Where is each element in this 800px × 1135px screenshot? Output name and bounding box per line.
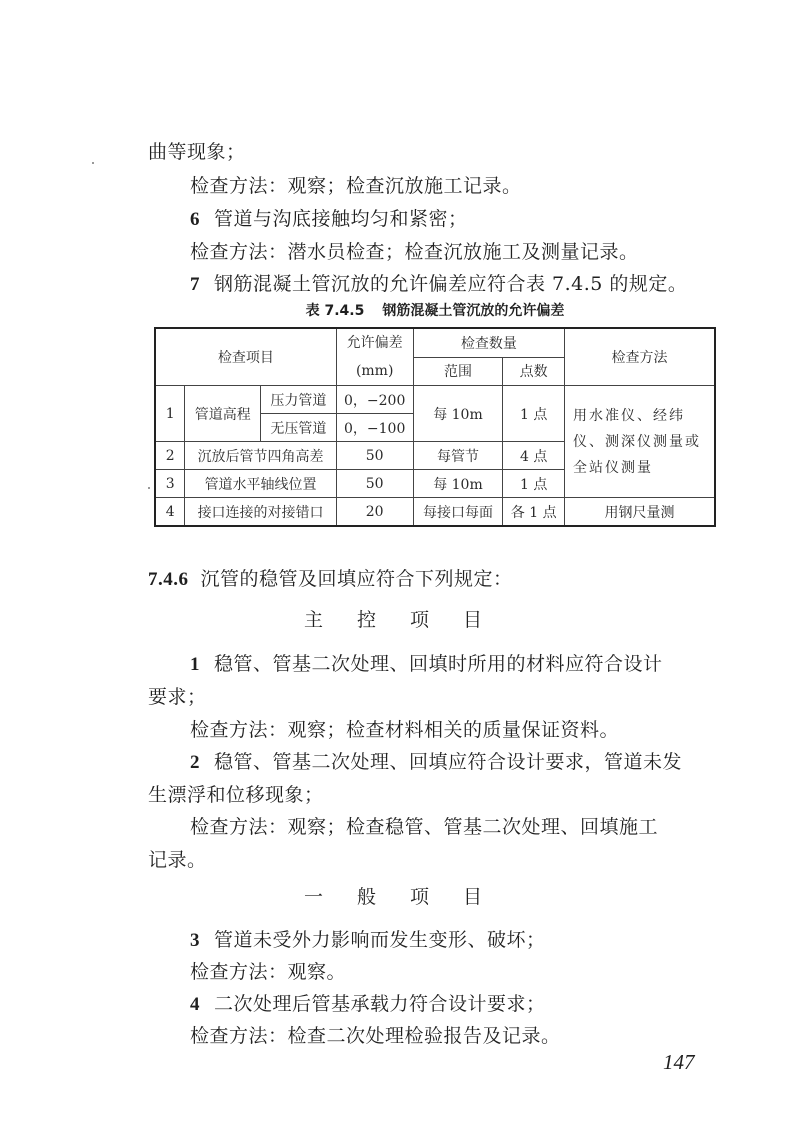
item-3: 3管道未受外力影响而发生变形、破坏；	[190, 928, 546, 953]
header-method: 检查方法	[565, 328, 715, 386]
scan-speck	[148, 487, 150, 489]
row-subitem: 压力管道	[261, 386, 337, 414]
row-points: 各 1 点	[503, 498, 565, 527]
page-number: 147	[663, 1050, 695, 1075]
row-tolerance: 0，−100	[336, 414, 413, 442]
row-range: 每 10m	[413, 386, 503, 442]
section-heading: 7.4.6沉管的稳管及回填应符合下列规定：	[148, 567, 513, 592]
header-tolerance: 允许偏差 (mm)	[336, 328, 413, 386]
header-range: 范围	[413, 357, 503, 386]
item-7: 7钢筋混凝土管沉放的允许偏差应符合表 7.4.5 的规定。	[190, 272, 687, 297]
row-range: 每 10m	[413, 470, 503, 498]
method-text: 检查方法：潜水员检查；检查沉放施工及测量记录。	[190, 240, 639, 264]
row-points: 4 点	[503, 442, 565, 470]
item-number: 2	[190, 752, 200, 773]
method-text: 检查方法：观察；检查稳管、管基二次处理、回填施工	[190, 815, 658, 839]
continuation-text: 曲等现象；	[148, 140, 246, 164]
header-tolerance-label: 允许偏差	[339, 329, 411, 357]
item-text: 二次处理后管基承载力符合设计要求；	[214, 993, 546, 1015]
row-tolerance: 0，−200	[336, 386, 413, 414]
row-item: 沉放后管节四角高差	[185, 442, 336, 470]
row-range: 每管节	[413, 442, 503, 470]
header-points: 点数	[503, 357, 565, 386]
table-caption: 表 7.4.5钢筋混凝土管沉放的允许偏差	[150, 300, 720, 320]
item-text-cont: 生漂浮和位移现象；	[148, 783, 324, 807]
row-number: 3	[155, 470, 185, 498]
method-text: 检查方法：观察；检查沉放施工记录。	[190, 174, 522, 198]
row-points: 1 点	[503, 470, 565, 498]
item-text: 管道与沟底接触均匀和紧密；	[214, 208, 468, 230]
item-number: 1	[190, 654, 200, 675]
item-1: 1稳管、管基二次处理、回填时所用的材料应符合设计	[190, 652, 663, 677]
row-number: 2	[155, 442, 185, 470]
header-item: 检查项目	[155, 328, 336, 386]
general-heading: 一 般 项 目	[0, 885, 800, 909]
method-text: 检查方法：观察。	[190, 960, 346, 984]
row-tolerance: 50	[336, 442, 413, 470]
method-text: 检查方法：检查二次处理检验报告及记录。	[190, 1024, 561, 1048]
row-method: 用钢尺量测	[565, 498, 715, 527]
item-text: 钢筋混凝土管沉放的允许偏差应符合表 7.4.5 的规定。	[214, 273, 687, 295]
row-range: 每接口每面	[413, 498, 503, 527]
row-tolerance: 20	[336, 498, 413, 527]
item-text: 稳管、管基二次处理、回填时所用的材料应符合设计	[214, 653, 663, 675]
item-number: 7	[190, 274, 200, 295]
item-number: 4	[190, 994, 200, 1015]
item-4: 4二次处理后管基承载力符合设计要求；	[190, 992, 546, 1017]
header-tolerance-unit: (mm)	[339, 357, 411, 385]
tolerance-table: 检查项目 允许偏差 (mm) 检查数量 检查方法 范围 点数 1 管道高程 压力…	[154, 327, 716, 527]
item-2: 2稳管、管基二次处理、回填应符合设计要求，管道未发	[190, 750, 682, 775]
table-number: 表 7.4.5	[306, 303, 365, 319]
table-title: 钢筋混凝土管沉放的允许偏差	[382, 303, 564, 319]
method-text: 检查方法：观察；检查材料相关的质量保证资料。	[190, 718, 619, 742]
section-title: 沉管的稳管及回填应符合下列规定：	[201, 568, 513, 590]
item-6: 6管道与沟底接触均匀和紧密；	[190, 207, 468, 232]
table-header-row: 检查项目 允许偏差 (mm) 检查数量 检查方法	[155, 328, 715, 357]
item-text: 稳管、管基二次处理、回填应符合设计要求，管道未发	[214, 751, 682, 773]
row-item: 管道高程	[185, 386, 261, 442]
table-row: 4 接口连接的对接错口 20 每接口每面 各 1 点 用钢尺量测	[155, 498, 715, 527]
method-text-cont: 记录。	[148, 848, 207, 872]
row-item: 管道水平轴线位置	[185, 470, 336, 498]
item-text-cont: 要求；	[148, 685, 207, 709]
item-text: 管道未受外力影响而发生变形、破坏；	[214, 929, 546, 951]
row-tolerance: 50	[336, 470, 413, 498]
table-row: 1 管道高程 压力管道 0，−200 每 10m 1 点 用水准仪、经纬仪、测深…	[155, 386, 715, 414]
header-quantity: 检查数量	[413, 328, 564, 357]
item-number: 6	[190, 209, 200, 230]
scan-speck	[92, 162, 94, 164]
section-number: 7.4.6	[148, 569, 189, 590]
row-points: 1 点	[503, 386, 565, 442]
item-number: 3	[190, 930, 200, 951]
row-item: 接口连接的对接错口	[185, 498, 336, 527]
main-control-heading: 主 控 项 目	[0, 608, 800, 632]
row-method: 用水准仪、经纬仪、测深仪测量或全站仪测量	[565, 386, 715, 498]
row-subitem: 无压管道	[261, 414, 337, 442]
row-number: 4	[155, 498, 185, 527]
row-number: 1	[155, 386, 185, 442]
